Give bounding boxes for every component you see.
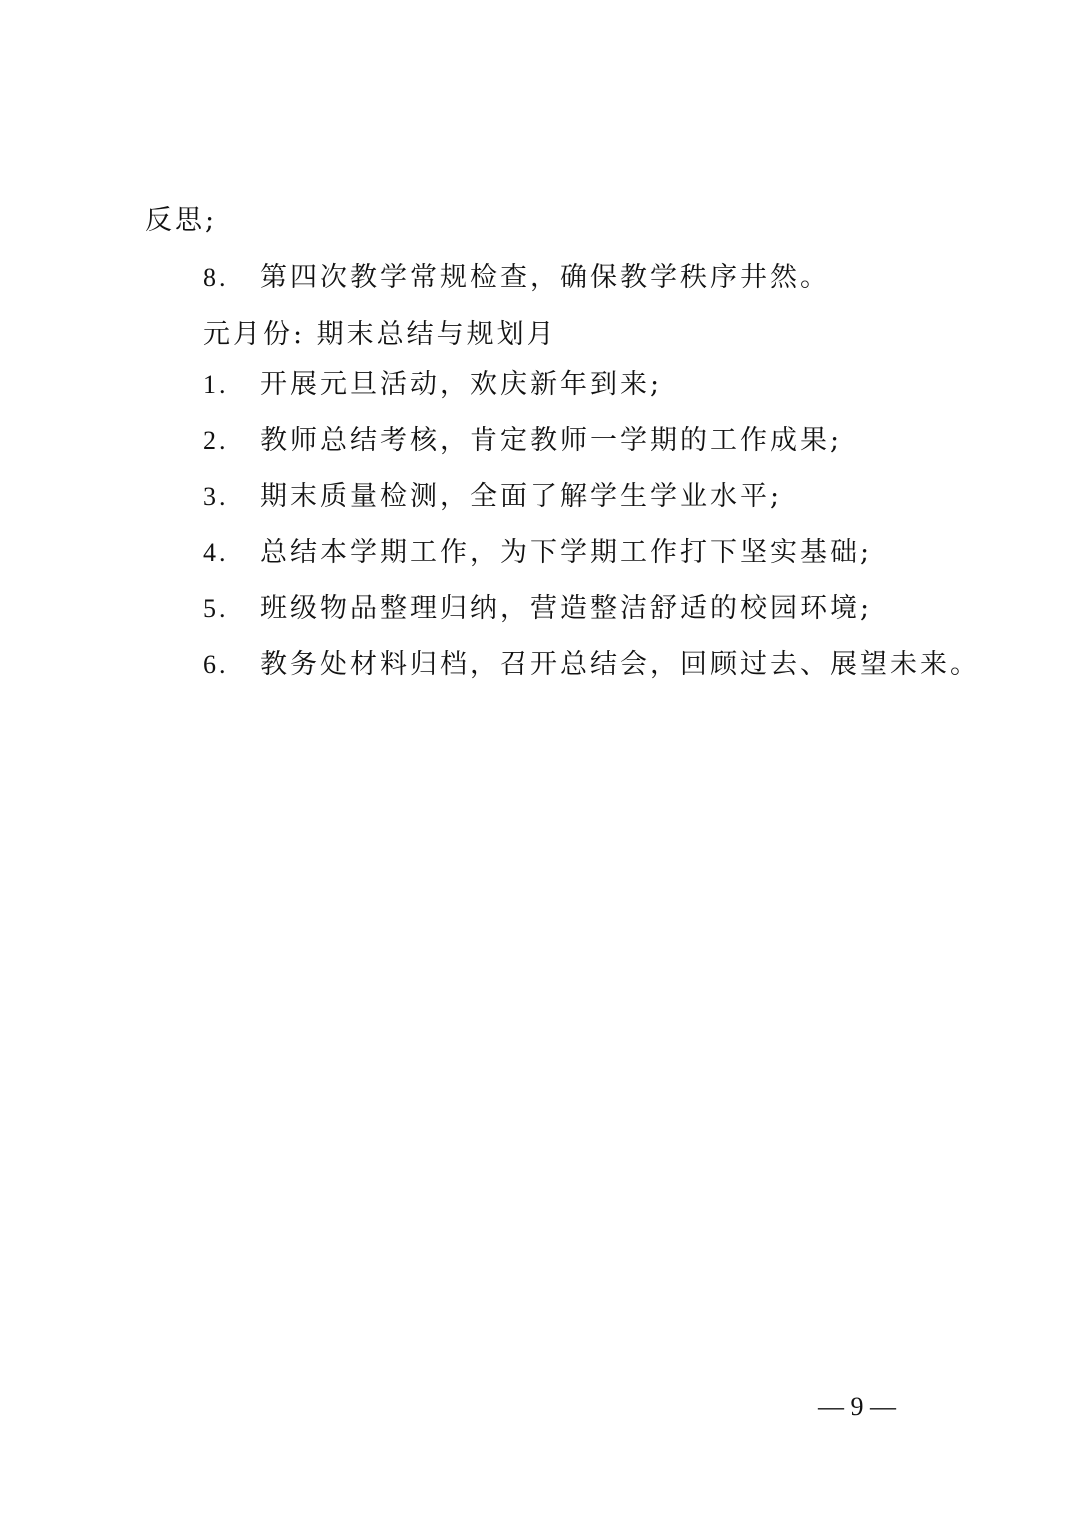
item-number: 5. bbox=[203, 592, 229, 626]
list-item: 8. 第四次教学常规检查，确保教学秩序井然。 bbox=[203, 261, 1023, 295]
line-text: 反思; bbox=[145, 205, 217, 236]
item-text: 教务处材料归档，召开总结会，回顾过去、展望未来。 bbox=[260, 648, 980, 682]
list-item: 6. 教务处材料归档，召开总结会，回顾过去、展望未来。 bbox=[203, 648, 1023, 682]
item-text: 教师总结考核，肯定教师一学期的工作成果; bbox=[260, 424, 842, 458]
list-item: 1. 开展元旦活动，欢庆新年到来; bbox=[203, 368, 1023, 402]
item-number: 4. bbox=[203, 536, 229, 570]
section-heading-text: 元月份: 期末总结与规划月 bbox=[203, 319, 557, 350]
item-number: 6. bbox=[203, 648, 229, 682]
item-number: 2. bbox=[203, 424, 229, 458]
item-number: 1. bbox=[203, 368, 229, 402]
item-text: 班级物品整理归纳，营造整洁舒适的校园环境; bbox=[260, 592, 872, 626]
continuation-line: 反思; bbox=[145, 204, 217, 238]
item-text: 期末质量检测，全面了解学生学业水平; bbox=[260, 480, 782, 514]
section-heading: 元月份: 期末总结与规划月 bbox=[203, 318, 557, 352]
list-item: 5. 班级物品整理归纳，营造整洁舒适的校园环境; bbox=[203, 592, 1023, 626]
item-text: 总结本学期工作，为下学期工作打下坚实基础; bbox=[260, 536, 872, 570]
list-item: 4. 总结本学期工作，为下学期工作打下坚实基础; bbox=[203, 536, 1023, 570]
item-text: 开展元旦活动，欢庆新年到来; bbox=[260, 368, 662, 402]
item-number: 3. bbox=[203, 480, 229, 514]
list-item: 3. 期末质量检测，全面了解学生学业水平; bbox=[203, 480, 1023, 514]
list-item: 2. 教师总结考核，肯定教师一学期的工作成果; bbox=[203, 424, 1023, 458]
item-text: 第四次教学常规检查，确保教学秩序井然。 bbox=[260, 261, 830, 295]
item-number: 8. bbox=[203, 261, 229, 295]
page-number: — 9 — bbox=[818, 1392, 896, 1422]
